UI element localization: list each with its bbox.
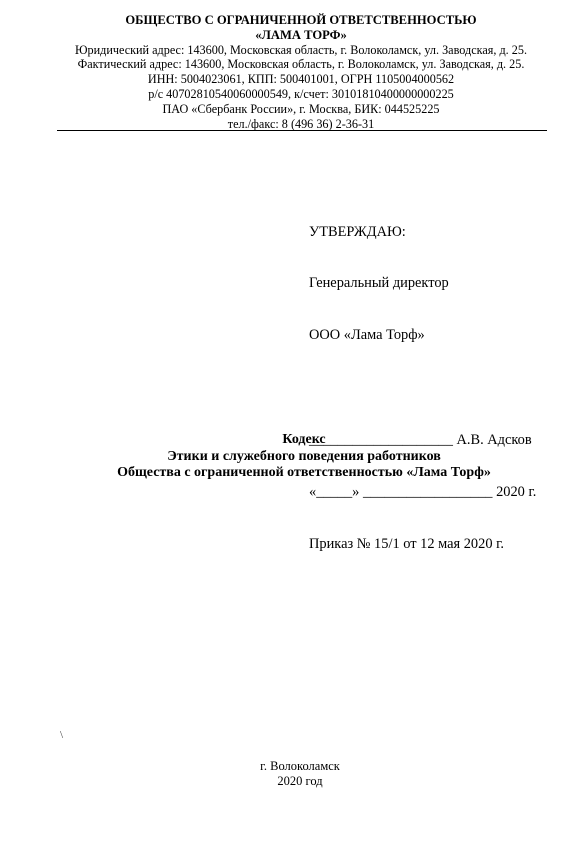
actual-address: Фактический адрес: 143600, Московская об… [0, 57, 586, 72]
title-line3: Общества с ограниченной ответственностью… [0, 465, 586, 482]
org-name-line1: ОБЩЕСТВО С ОГРАНИЧЕННОЙ ОТВЕТСТВЕННОСТЬЮ [0, 13, 586, 28]
spacer [309, 379, 536, 397]
stray-backslash: \ [60, 729, 63, 741]
order-reference: Приказ № 15/1 от 12 мая 2020 г. [309, 536, 536, 553]
legal-address: Юридический адрес: 143600, Московская об… [0, 43, 586, 58]
document-title: Кодекс Этики и служебного поведения рабо… [0, 432, 586, 482]
document-page: ОБЩЕСТВО С ОГРАНИЧЕННОЙ ОТВЕТСТВЕННОСТЬЮ… [0, 0, 586, 847]
letterhead-divider [57, 130, 547, 131]
place-and-year: г. Волоколамск 2020 год [0, 759, 586, 789]
date-line: «_____» __________________ 2020 г. [309, 484, 536, 501]
approver-position: Генеральный директор [309, 275, 536, 292]
tax-ids: ИНН: 5004023061, КПП: 500401001, ОГРН 11… [0, 72, 586, 87]
letterhead: ОБЩЕСТВО С ОГРАНИЧЕННОЙ ОТВЕТСТВЕННОСТЬЮ… [0, 13, 586, 131]
approver-company: ООО «Лама Торф» [309, 327, 536, 344]
title-line2: Этики и служебного поведения работников [0, 449, 586, 466]
bank-name: ПАО «Сбербанк России», г. Москва, БИК: 0… [0, 102, 586, 117]
bank-accounts: р/с 40702810540060000549, к/счет: 301018… [0, 87, 586, 102]
approval-block: УТВЕРЖДАЮ: Генеральный директор ООО «Лам… [309, 189, 536, 588]
footer-city: г. Волоколамск [0, 759, 586, 774]
approve-label: УТВЕРЖДАЮ: [309, 224, 536, 241]
footer-year: 2020 год [0, 774, 586, 789]
org-name-line2: «ЛАМА ТОРФ» [0, 28, 586, 43]
title-line1: Кодекс [0, 432, 586, 449]
